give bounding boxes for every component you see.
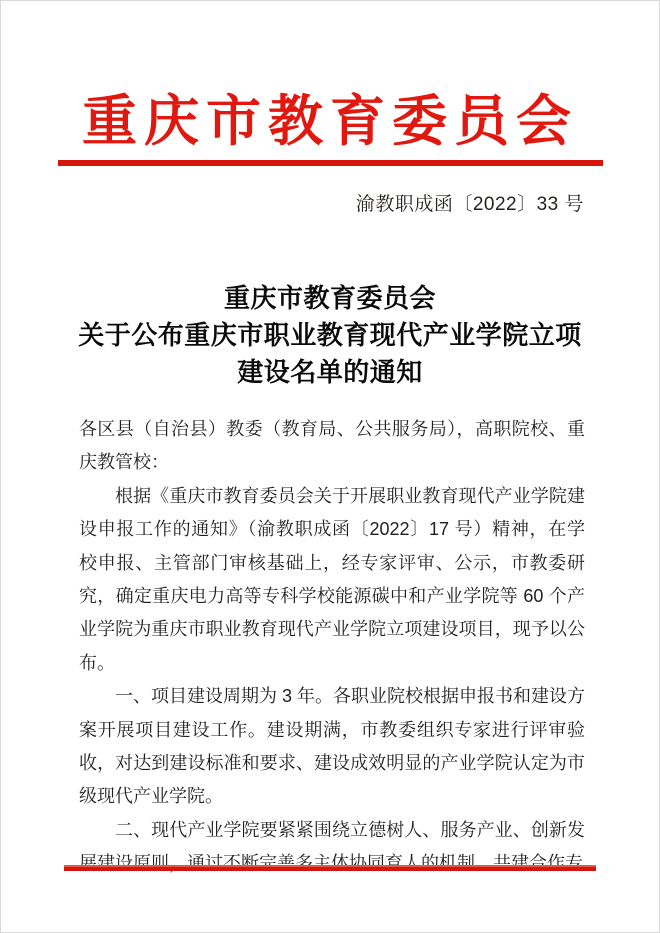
document-page: 重庆市教育委员会 渝教职成函〔2022〕33 号 重庆市教育委员会 关于公布重庆… <box>0 0 660 933</box>
letterhead-agency-name: 重庆市教育委员会 <box>1 87 659 157</box>
notice-body: 各区县（自治县）教委（教育局、公共服务局），高职院校、重庆教管校：根据《重庆市教… <box>79 413 585 881</box>
notice-title: 重庆市教育委员会 关于公布重庆市职业教育现代产业学院立项 建设名单的通知 <box>1 280 659 391</box>
body-paragraph: 各区县（自治县）教委（教育局、公共服务局），高职院校、重庆教管校： <box>79 413 585 480</box>
footer-divider-line <box>64 865 596 871</box>
body-paragraph: 根据《重庆市教育委员会关于开展职业教育现代产业学院建设申报工作的通知》（渝教职成… <box>79 480 585 680</box>
body-paragraph: 一、项目建设周期为 3 年。各职业院校根据申报书和建设方案开展项目建设工作。建设… <box>79 680 585 814</box>
notice-title-line-3: 建设名单的通知 <box>1 354 659 391</box>
document-number: 渝教职成函〔2022〕33 号 <box>356 189 584 216</box>
notice-title-line-2: 关于公布重庆市职业教育现代产业学院立项 <box>1 317 659 354</box>
notice-title-line-1: 重庆市教育委员会 <box>1 280 659 317</box>
letterhead-divider-line <box>58 160 603 166</box>
